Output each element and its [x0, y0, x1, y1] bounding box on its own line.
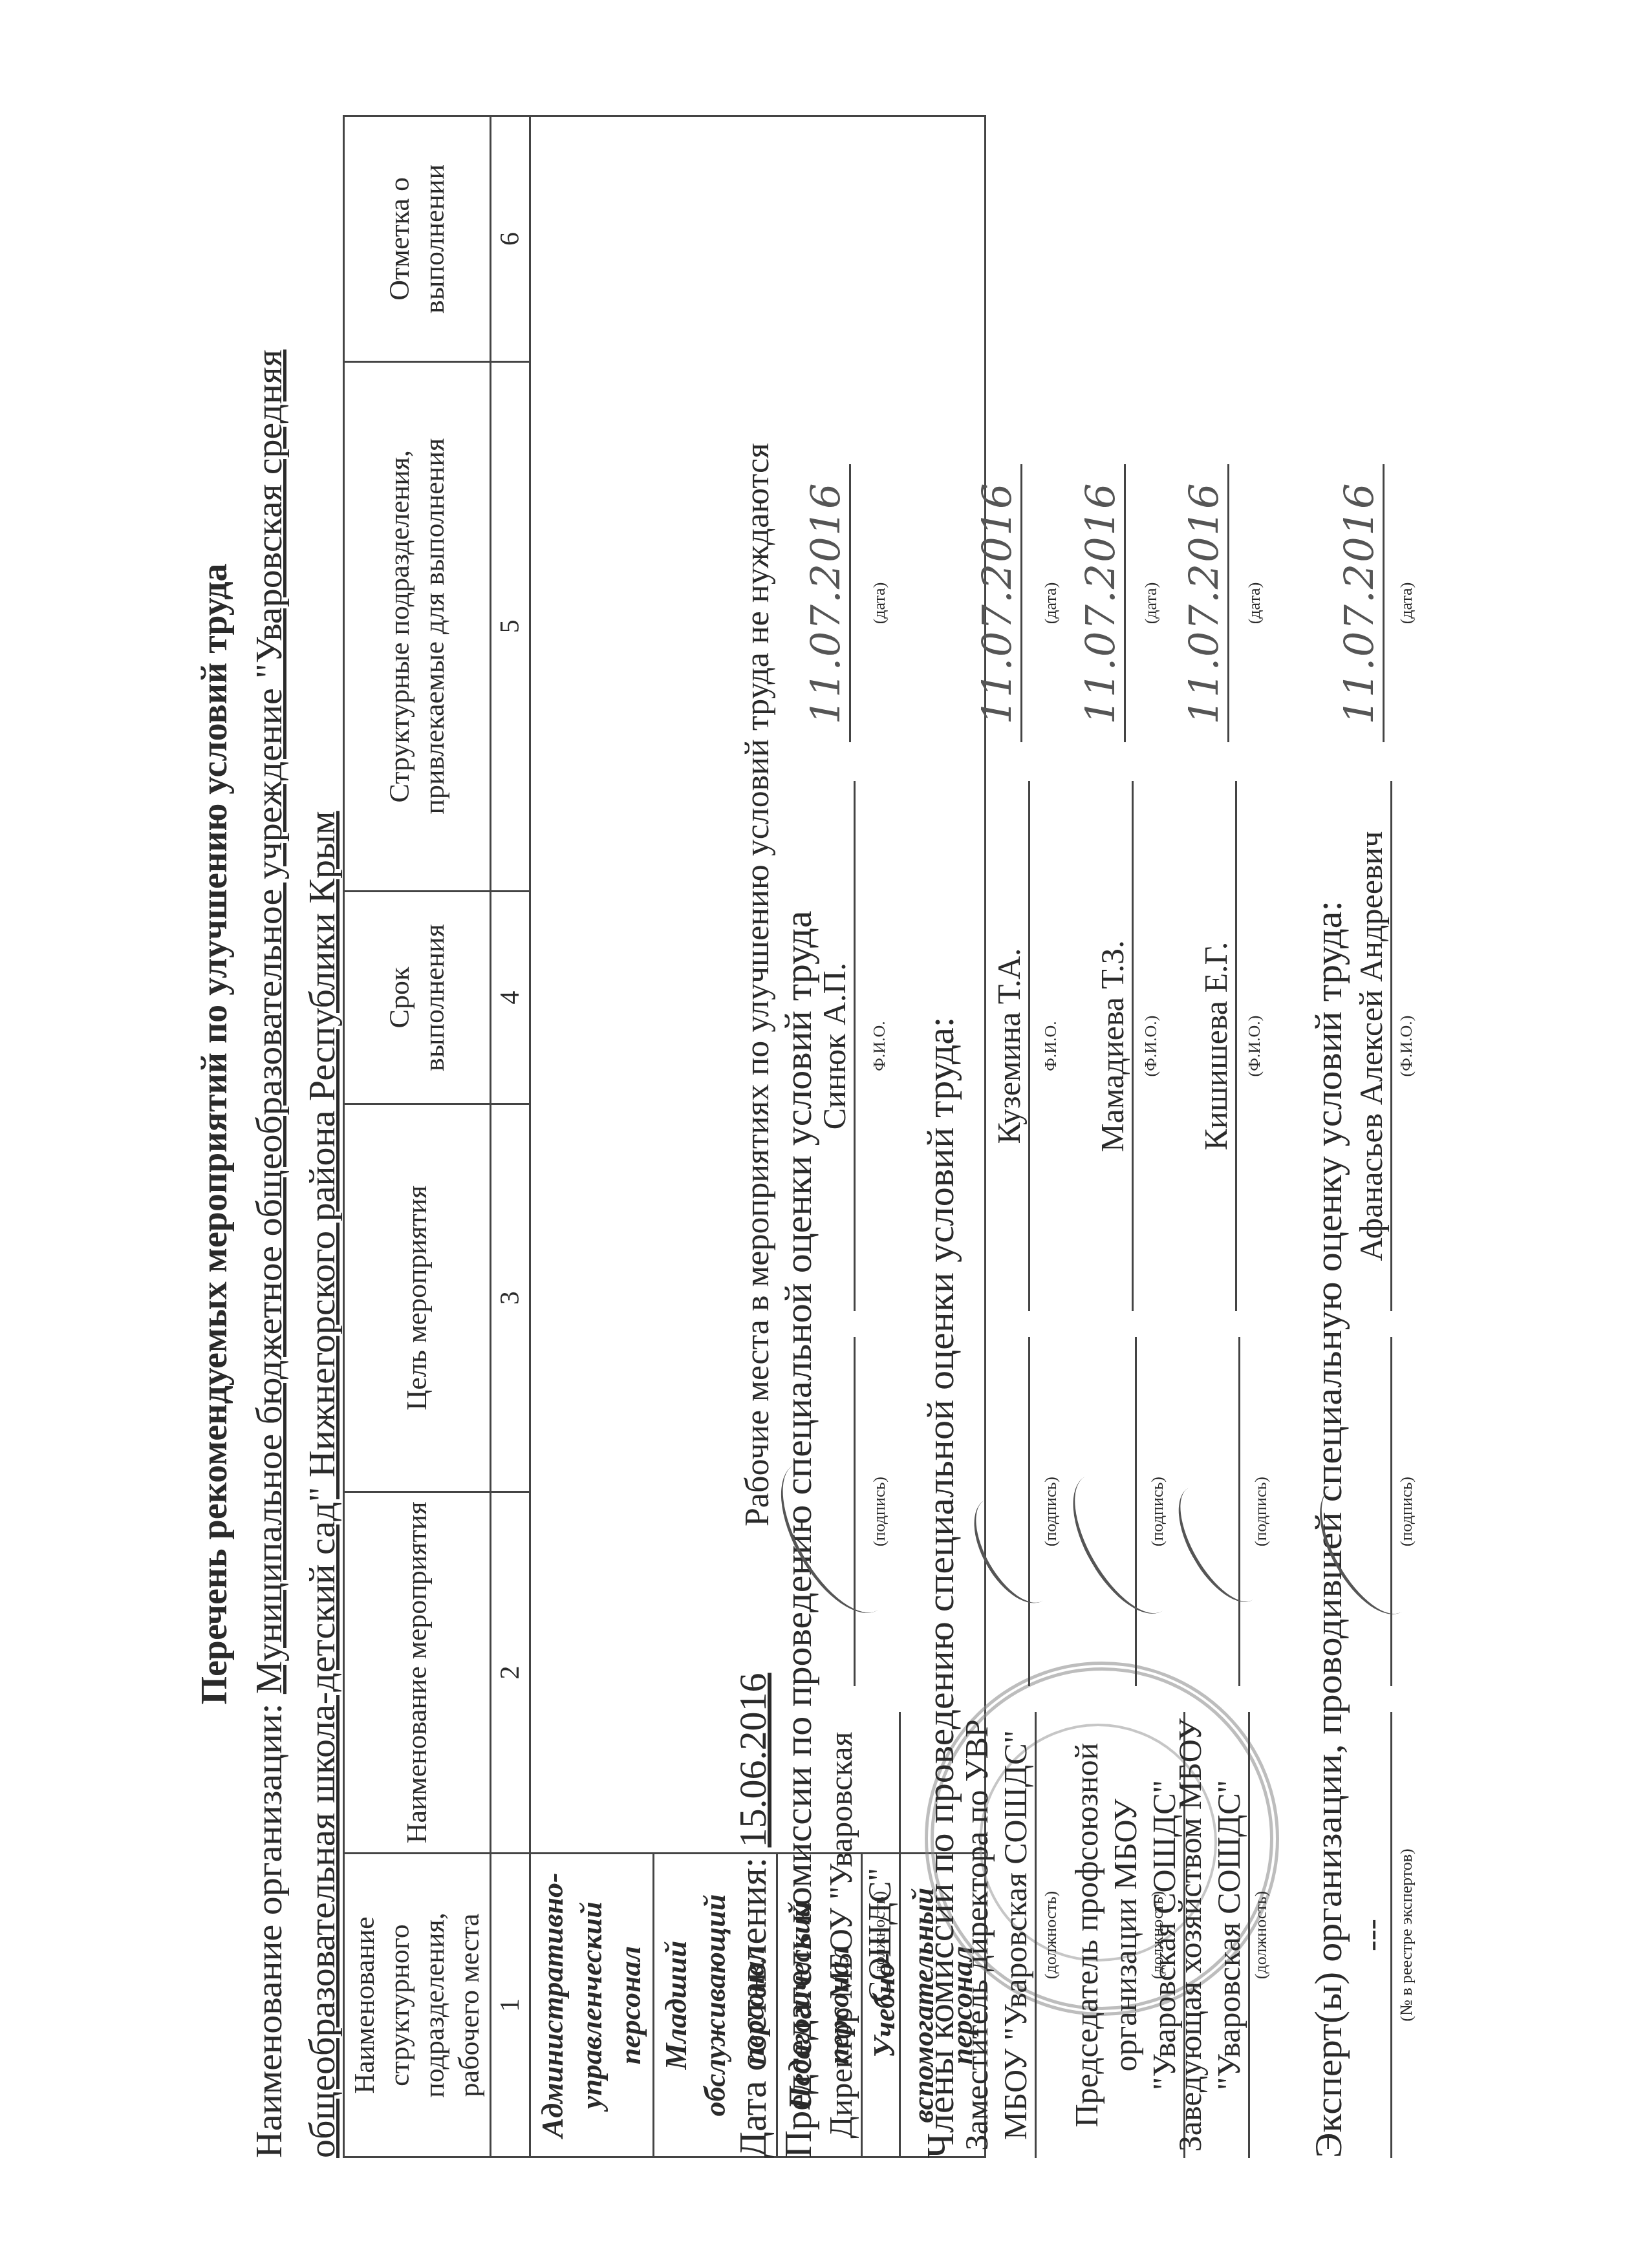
column-number-row: 1 2 3 4 5 6	[491, 116, 530, 2157]
header-cell: Срок выполнения	[344, 891, 491, 1104]
signature-caption: (подпись)	[1397, 1337, 1416, 1686]
fio-caption: Ф.И.О.	[870, 781, 889, 1311]
header-cell: Структурные подразделения, привлекаемые …	[344, 361, 491, 891]
chairman-date: 11.07.2016	[802, 464, 851, 742]
organization-label: Наименование организации:	[248, 1704, 290, 2158]
signature-caption: (подпись)	[1148, 1337, 1167, 1686]
member-position: Заместитель директора по УВР МБОУ "Уваро…	[957, 1712, 1037, 2158]
expert-date: 11.07.2016	[1335, 464, 1385, 742]
row-category: Административно-управленческий персонал	[530, 1854, 654, 2157]
member-signature-line	[1238, 1337, 1240, 1686]
column-number: 6	[491, 116, 530, 362]
expert-signature-line	[1390, 1337, 1392, 1686]
member-name: Кишишева Е.Г.	[1196, 781, 1237, 1311]
expert-name: Афанасьев Алексей Андреевич	[1352, 781, 1392, 1311]
position-caption: (должность)	[1041, 1712, 1061, 2158]
header-cell: Цель мероприятия	[344, 1104, 491, 1492]
header-cell: Отметка о выполнении	[344, 116, 491, 362]
date-line: Дата составления: 15.06.2016	[731, 1673, 775, 2158]
column-number: 2	[491, 1492, 530, 1853]
header-cell: Наименование структурного подразделения,…	[344, 1854, 491, 2157]
member-signature-mark	[1053, 1458, 1195, 1629]
signature-caption: (подпись)	[1041, 1337, 1061, 1686]
chairman-name: Синюк А.П.	[815, 781, 856, 1311]
date-caption: (дата)	[870, 464, 889, 742]
fio-caption: (Ф.И.О.)	[1141, 781, 1161, 1311]
signature-caption: (подпись)	[870, 1337, 889, 1686]
table-row: Административно-управленческий персонал …	[530, 116, 654, 2157]
rotated-page: Перечень рекомендуемых мероприятий по ул…	[0, 0, 1649, 2268]
member-date: 11.07.2016	[1180, 464, 1229, 742]
member-position: Заведующая хозяйством МБОУ "Уваровская С…	[1170, 1712, 1250, 2158]
member-signature-line	[1028, 1337, 1030, 1686]
date-label: Дата составления:	[731, 1857, 774, 2158]
date-value: 15.06.2016	[731, 1673, 774, 1847]
column-number: 4	[491, 891, 530, 1104]
position-caption: (должность)	[1251, 1712, 1271, 2158]
merged-note: Рабочие места в мероприятиях по улучшени…	[530, 116, 986, 1854]
member-name: Мамадиева Т.З.	[1093, 781, 1134, 1311]
member-position: Председатель профсоюзной организации МБО…	[1067, 1712, 1185, 2158]
members-heading: Члены комиссии по проведению специальной…	[918, 1017, 963, 2158]
document-title: Перечень рекомендуемых мероприятий по ул…	[194, 0, 235, 2268]
expert-registry-number: ---	[1352, 1712, 1392, 2158]
fio-caption: (Ф.И.О.)	[1245, 781, 1264, 1311]
column-number: 3	[491, 1104, 530, 1492]
position-caption: (должность)	[870, 1712, 889, 2158]
signature-caption: (подпись)	[1251, 1337, 1271, 1686]
member-date: 11.07.2016	[1077, 464, 1126, 742]
member-name: Куземина Т.А.	[989, 781, 1030, 1311]
member-date: 11.07.2016	[973, 464, 1022, 742]
position-caption: (должность)	[1148, 1712, 1167, 2158]
header-cell: Наименование мероприятия	[344, 1492, 491, 1853]
fio-caption: (Ф.И.О.)	[1397, 781, 1416, 1311]
date-caption: (дата)	[1141, 464, 1161, 742]
table-header-row: Наименование структурного подразделения,…	[344, 116, 491, 2157]
organization-line: Наименование организации: Муниципальное …	[242, 122, 349, 2158]
registry-caption: (№ в реестре экспертов)	[1397, 1712, 1416, 2158]
date-caption: (дата)	[1397, 464, 1416, 742]
column-number: 5	[491, 361, 530, 891]
date-caption: (дата)	[1041, 464, 1061, 742]
column-number: 1	[491, 1854, 530, 2157]
date-caption: (дата)	[1245, 464, 1264, 742]
fio-caption: Ф.И.О.	[1041, 781, 1061, 1311]
